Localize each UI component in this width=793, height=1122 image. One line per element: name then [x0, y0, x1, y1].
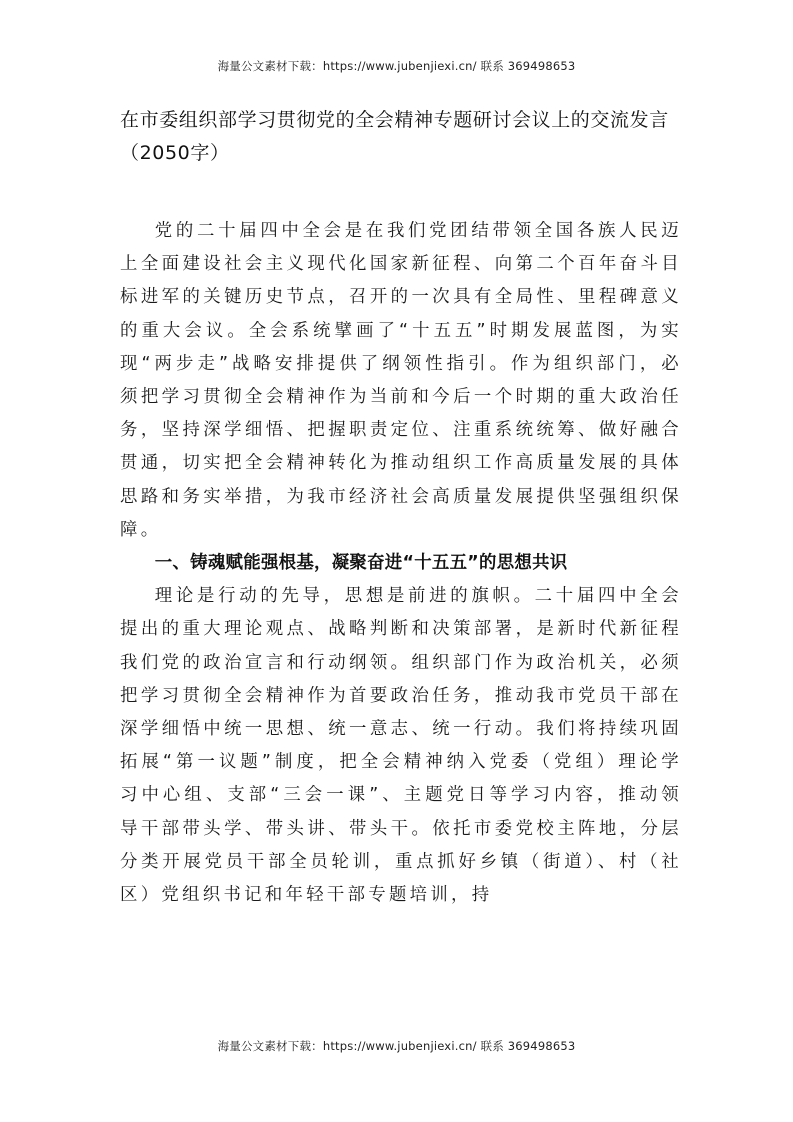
page-footer-watermark: 海量公文素材下载：https://www.jubenjiexi.cn/ 联系 3…	[0, 1038, 793, 1054]
section-heading-1: 一、铸魂赋能强根基，凝聚奋进“十五五”的思想共识	[120, 547, 682, 580]
document-body: 党的二十届四中全会是在我们党团结带领全国各族人民迈上全面建设社会主义现代化国家新…	[120, 215, 682, 912]
document-title: 在市委组织部学习贯彻党的全会精神专题研讨会议上的交流发言（2050字）	[120, 104, 680, 170]
section-1-paragraph: 理论是行动的先导，思想是前进的旗帜。二十届四中全会提出的重大理论观点、战略判断和…	[120, 580, 682, 912]
page-header-watermark: 海量公文素材下载：https://www.jubenjiexi.cn/ 联系 3…	[0, 58, 793, 74]
intro-paragraph: 党的二十届四中全会是在我们党团结带领全国各族人民迈上全面建设社会主义现代化国家新…	[120, 215, 682, 547]
